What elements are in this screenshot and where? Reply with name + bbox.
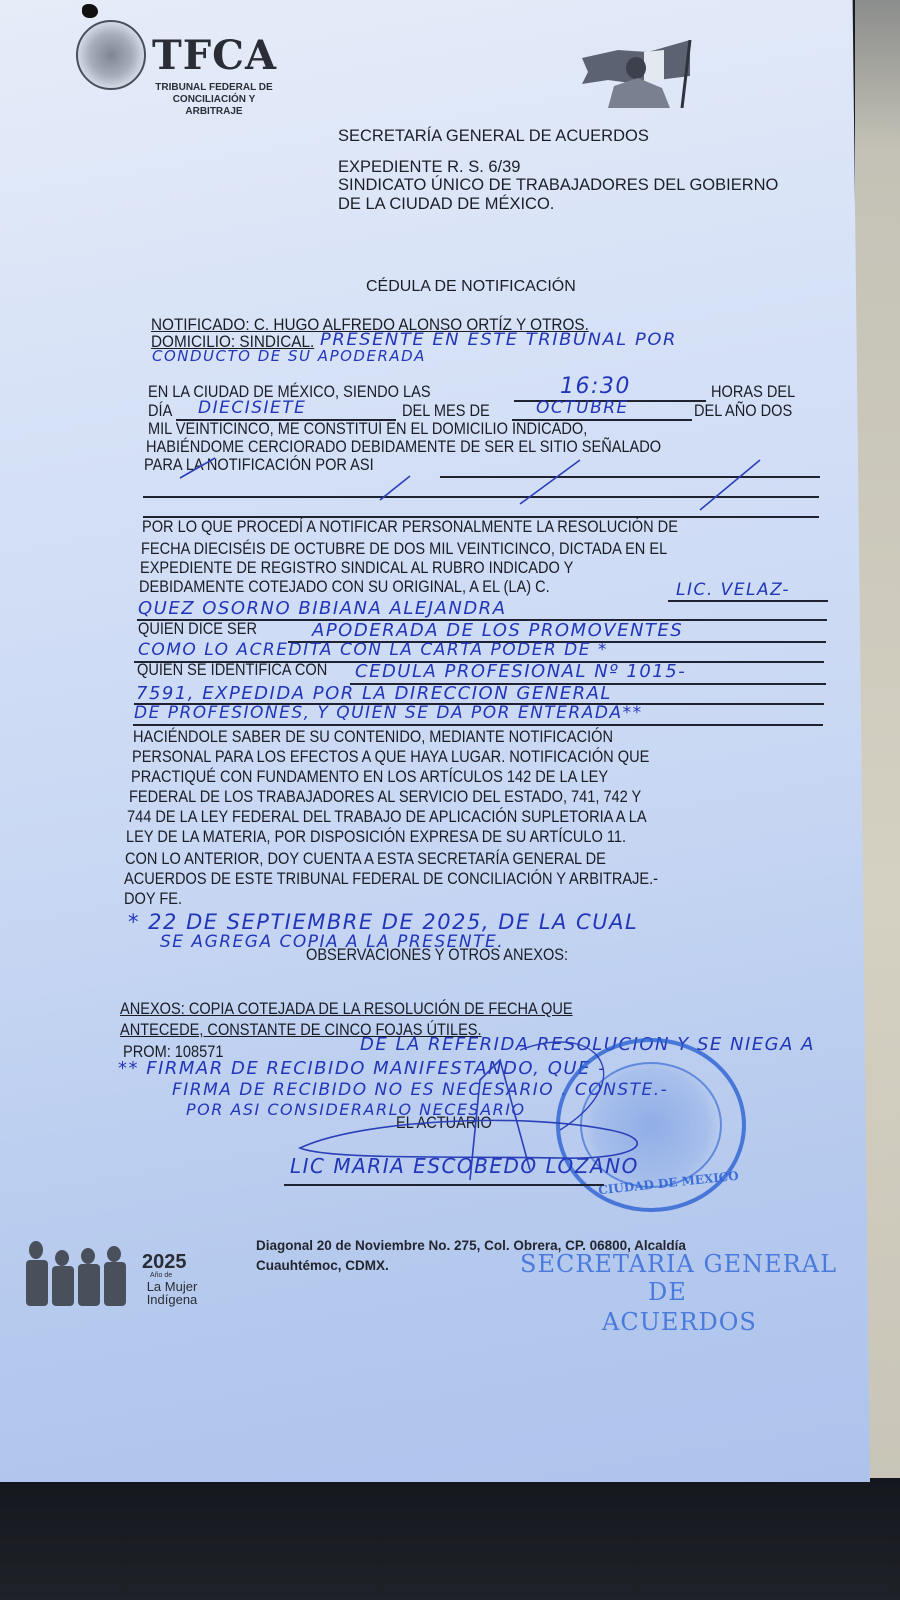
heroine-flag-illustration-icon	[578, 40, 696, 108]
p4-text-c: DOY FE.	[124, 890, 182, 908]
id-handwritten-3: DE PROFESIONES, Y QUIEN SE DA POR ENTERA…	[134, 703, 643, 723]
annex-line-1: ANEXOS: COPIA COTEJADA DE LA RESOLUCIÓN …	[120, 1000, 573, 1018]
p2-text-c: EXPEDIENTE DE REGISTRO SINDICAL AL RUBRO…	[140, 559, 573, 577]
year-logo-sub1: Año de	[150, 1272, 172, 1279]
institution-name: TRIBUNAL FEDERAL DE CONCILIACIÓN Y ARBIT…	[150, 82, 278, 118]
document-title: CÉDULA DE NOTIFICACIÓN	[366, 278, 576, 296]
p1-text-e: DEL AÑO DOS	[694, 402, 792, 420]
p1-text-h: PARA LA NOTIFICACIÓN POR ASI	[144, 456, 374, 474]
p3-text-c: PRACTIQUÉ CON FUNDAMENTO EN LOS ARTÍCULO…	[131, 768, 608, 786]
signatory-name-handwritten: LIC MARIA ESCOBEDO LOZANO	[290, 1154, 639, 1178]
punch-hole	[82, 4, 98, 18]
mexican-coat-of-arms-icon	[76, 20, 146, 90]
p3-text-f: LEY DE LA MATERIA, POR DISPOSICIÓN EXPRE…	[126, 828, 626, 846]
signatory-role: EL ACTUARIO	[396, 1114, 492, 1132]
notification-document: TFCA TRIBUNAL FEDERAL DE CONCILIACIÓN Y …	[0, 0, 870, 1482]
domicile-handwritten-2: CONDUCTO DE SU APODERADA	[152, 347, 426, 365]
p2-text-b: FECHA DIECISÉIS DE OCTUBRE DE DOS MIL VE…	[141, 540, 667, 558]
stamp-block-line2: DE	[648, 1278, 687, 1306]
id-label: QUIEN SE IDENTIFICA CON	[137, 661, 327, 679]
month-handwritten: OCTUBRE	[536, 398, 629, 418]
file-number: EXPEDIENTE R. S. 6/39	[338, 158, 520, 176]
year-logo-text: 2025	[142, 1252, 187, 1272]
union-name-line2: DE LA CIUDAD DE MÉXICO.	[338, 195, 554, 213]
p1-text-g: HABIÉNDOME CERCIORADO DEBIDAMENTE DE SER…	[146, 438, 661, 456]
p3-text-d: FEDERAL DE LOS TRABAJADORES AL SERVICIO …	[129, 788, 641, 806]
role-handwritten-1: APODERADA DE LOS PROMOVENTES	[312, 620, 683, 641]
time-handwritten: 16:30	[560, 374, 631, 399]
p4-text-b: ACUERDOS DE ESTE TRIBUNAL FEDERAL DE CON…	[124, 870, 658, 888]
p1-text-c: DÍA	[148, 402, 172, 420]
note2-handwritten-1: DE LA REFERIDA RESOLUCION Y SE NIEGA A	[360, 1034, 815, 1055]
year-logo-sub2: La Mujer Indígena	[142, 1280, 202, 1306]
indigenous-women-illustration-icon	[22, 1236, 134, 1308]
p1-text-f: MIL VEINTICINCO, ME CONSTITUÍ EN EL DOMI…	[148, 420, 587, 438]
office-heading: SECRETARÍA GENERAL DE ACUERDOS	[338, 127, 649, 145]
p2-text-a: POR LO QUE PROCEDÍ A NOTIFICAR PERSONALM…	[142, 518, 678, 536]
p1-text-d: DEL MES DE	[402, 402, 490, 420]
footer-address: Diagonal 20 de Noviembre No. 275, Col. O…	[256, 1236, 686, 1276]
recipient-handwritten-1: LIC. VELAZ-	[676, 580, 790, 600]
role-handwritten-2: COMO LO ACREDITA CON LA CARTA PODER DE *	[138, 640, 608, 660]
p2-text-d: DEBIDAMENTE COTEJADO CON SU ORIGINAL, A …	[139, 578, 550, 596]
id-handwritten-2: 7591, EXPEDIDA POR LA DIRECCION GENERAL	[136, 683, 612, 704]
union-name-line1: SINDICATO ÚNICO DE TRABAJADORES DEL GOBI…	[338, 176, 778, 194]
footer-address-line1: Diagonal 20 de Noviembre No. 275, Col. O…	[256, 1236, 686, 1256]
institution-acronym: TFCA	[152, 36, 277, 76]
p3-text-a: HACIÉNDOLE SABER DE SU CONTENIDO, MEDIAN…	[133, 728, 613, 746]
background-dark-surface	[0, 1478, 900, 1600]
day-handwritten: DIECISIETE	[198, 398, 306, 418]
p3-text-e: 744 DE LA LEY FEDERAL DEL TRABAJO DE APL…	[127, 808, 647, 826]
p3-text-b: PERSONAL PARA LOS EFECTOS A QUE HAYA LUG…	[132, 748, 649, 766]
p1-text-b: HORAS DEL	[711, 383, 795, 401]
recipient-handwritten-2: QUEZ OSORNO BIBIANA ALEJANDRA	[138, 598, 507, 619]
footer-address-line2: Cuauhtémoc, CDMX.	[256, 1256, 686, 1276]
role-label: QUIEN DICE SER	[138, 620, 257, 638]
p4-text-a: CON LO ANTERIOR, DOY CUENTA A ESTA SECRE…	[125, 850, 606, 868]
id-handwritten-1: CEDULA PROFESIONAL Nº 1015-	[355, 661, 686, 682]
observations-label: OBSERVACIONES Y OTROS ANEXOS:	[306, 946, 568, 964]
note1-handwritten-1: * 22 DE SEPTIEMBRE DE 2025, DE LA CUAL	[128, 910, 638, 934]
stamp-block-line3: ACUERDOS	[602, 1308, 757, 1336]
note2-handwritten-2: ** FIRMAR DE RECIBIDO MANIFESTANDO, QUE …	[118, 1058, 606, 1079]
